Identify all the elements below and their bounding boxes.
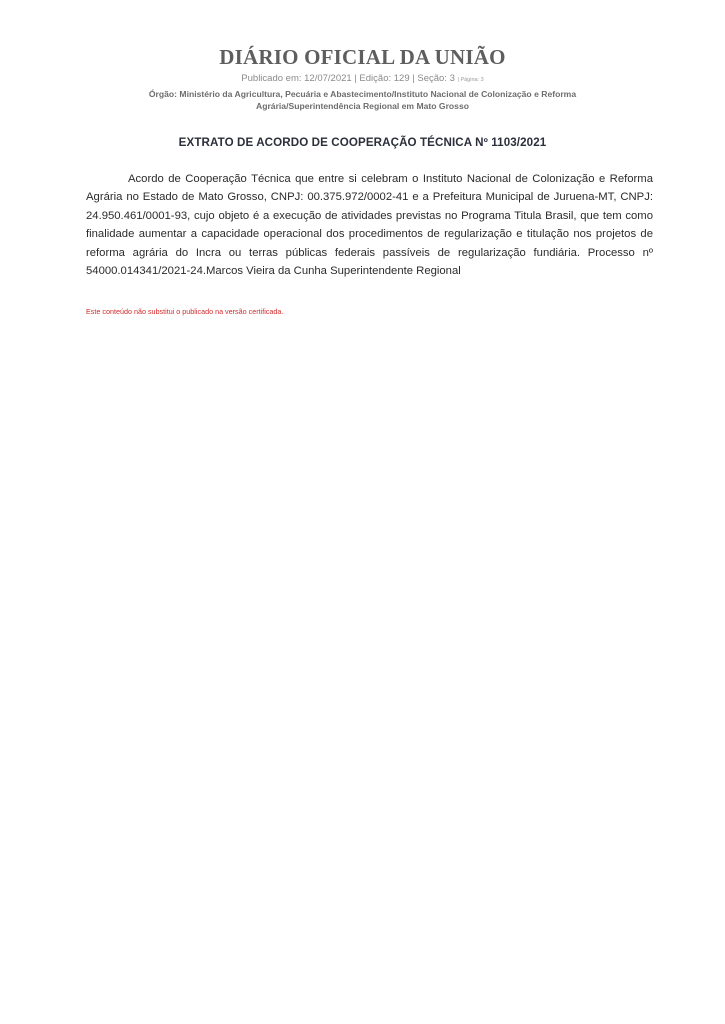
document-body: Acordo de Cooperação Técnica que entre s…	[86, 170, 653, 280]
document-title: EXTRATO DE ACORDO DE COOPERAÇÃO TÉCNICA …	[0, 135, 725, 150]
masthead-title: DIÁRIO OFICIAL DA UNIÃO	[0, 44, 725, 70]
organ-line: Órgão: Ministério da Agricultura, Pecuár…	[110, 88, 615, 112]
page-number: | Página: 3	[458, 77, 484, 83]
document-page: DIÁRIO OFICIAL DA UNIÃO Publicado em: 12…	[0, 0, 725, 1024]
publication-info: Publicado em: 12/07/2021 | Edição: 129 |…	[0, 73, 725, 86]
publication-details: Publicado em: 12/07/2021 | Edição: 129 |…	[241, 73, 455, 84]
disclaimer-note: Este conteúdo não substitui o publicado …	[86, 307, 283, 317]
